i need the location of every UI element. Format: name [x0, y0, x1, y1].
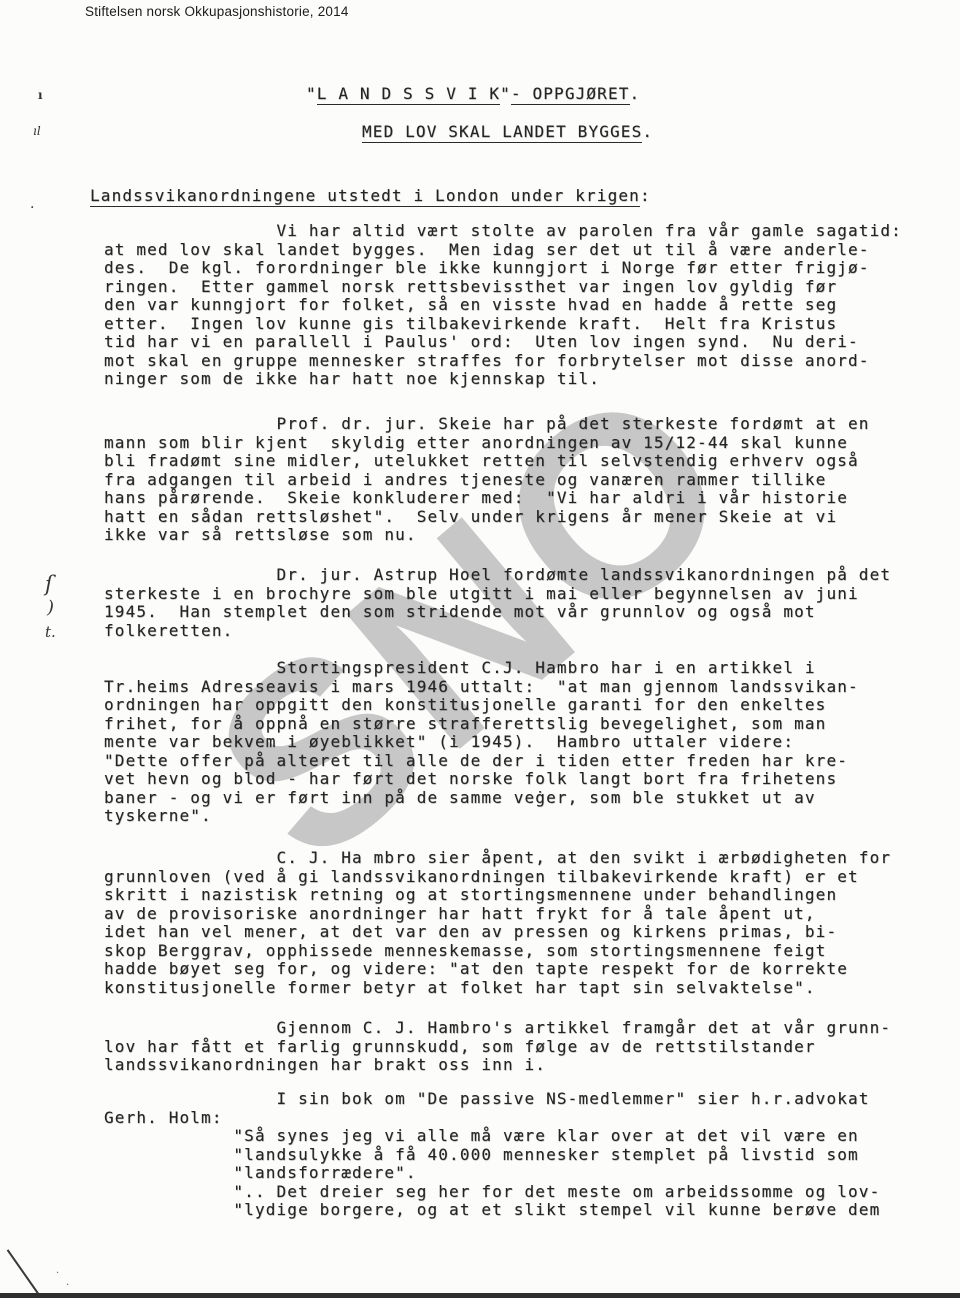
text-line: at med lov skal landet bygges. Men idag …: [104, 240, 902, 259]
paragraph: Stortingspresident C.J. Hambro har i en …: [104, 658, 859, 825]
scanned-document-page: Stiftelsen norsk Okkupasjonshistorie, 20…: [0, 0, 960, 1298]
paragraph: I sin bok om "De passive NS-medlemmer" s…: [104, 1089, 880, 1219]
text-line: Prof. dr. jur. Skeie har på det sterkest…: [104, 414, 870, 433]
text-line: Tr.heims Adresseavis i mars 1946 uttalt:…: [104, 677, 859, 696]
paragraph: Dr. jur. Astrup Hoel fordømte landssvika…: [104, 565, 891, 639]
margin-pen-t-mark: t.: [45, 623, 56, 641]
paragraph: Prof. dr. jur. Skeie har på det sterkest…: [104, 414, 870, 544]
text-line: Vi har altid vært stolte av parolen fra …: [104, 221, 902, 240]
archive-stamp: Stiftelsen norsk Okkupasjonshistorie, 20…: [85, 4, 349, 19]
heading-colon: :: [640, 186, 651, 205]
section-heading: Landssvikanordningene utstedt i London u…: [90, 186, 651, 205]
text-line: "landsforrædere".: [104, 1163, 880, 1182]
text-line: hatt en sådan rettsløshet". Selv under k…: [104, 507, 870, 526]
scan-edge-line: [0, 1293, 960, 1298]
text-line: skop Berggrav, opphissede menneskemasse,…: [104, 941, 891, 960]
text-line: "Dette offer på alteret til alle de der …: [104, 751, 859, 770]
text-line: landssvikanordningen har brakt oss inn i…: [104, 1055, 891, 1074]
title-period: .: [630, 84, 641, 103]
text-line: Dr. jur. Astrup Hoel fordømte landssvika…: [104, 565, 891, 584]
bottom-left-pen-stroke: [7, 1249, 40, 1294]
text-line: Stortingspresident C.J. Hambro har i en …: [104, 658, 859, 677]
paragraph: C. J. Ha mbro sier åpent, at den svikt i…: [104, 848, 891, 996]
text-line: tid har vi en parallell i Paulus' ord: U…: [104, 332, 902, 351]
text-line: Gjennom C. J. Hambro's artikkel framgår …: [104, 1018, 891, 1037]
text-line: frihet, for å oppnå en større strafferet…: [104, 714, 859, 733]
text-line: ordningen har oppgitt den konstitusjonel…: [104, 695, 859, 714]
bottom-pen-speck: ·: [56, 1268, 59, 1279]
text-line: grunnloven (ved å gi landssvikanordninge…: [104, 867, 891, 886]
text-line: skritt i nazistisk retning og at stortin…: [104, 885, 891, 904]
text-line: "Så synes jeg vi alle må være klar over …: [104, 1126, 880, 1145]
text-line: baner - og vi er ført inn på de samme ve…: [104, 788, 859, 807]
text-line: mot skal en gruppe mennesker straffes fo…: [104, 351, 902, 370]
text-line: ikke var så rettsløse som nu.: [104, 525, 870, 544]
text-line: des. De kgl. forordninger ble ikke kunng…: [104, 258, 902, 277]
title-close-quote: ": [500, 84, 511, 103]
paragraph: Vi har altid vært stolte av parolen fra …: [104, 221, 902, 388]
text-line: mente var bekvem i øyeblikket" (i 1945).…: [104, 732, 859, 751]
document-title: "L A N D S S V I K"- OPPGJØRET.: [306, 84, 640, 103]
text-line: ".. Det dreier seg her for det meste om …: [104, 1182, 880, 1201]
bottom-pen-speck: ·: [66, 1280, 69, 1291]
text-line: 1945. Han stemplet den som stridende mot…: [104, 602, 891, 621]
text-line: lov har fått et farlig grunnskudd, som f…: [104, 1037, 891, 1056]
margin-pen-paren: ): [47, 597, 54, 618]
text-line: tyskerne".: [104, 806, 859, 825]
margin-pen-dot: ·: [30, 200, 34, 216]
heading-underlined: Landssvikanordningene utstedt i London u…: [90, 186, 640, 207]
subtitle-period: .: [642, 122, 653, 141]
title-underlined-main: L A N D S S V I K: [317, 84, 500, 105]
text-line: sterkeste i en brochyre som ble utgitt i…: [104, 584, 891, 603]
text-line: bli fradømt sine midler, utelukket rette…: [104, 451, 870, 470]
text-line: idet han vel mener, at det var den av pr…: [104, 922, 891, 941]
text-line: "landsulykke å få 40.000 mennesker stemp…: [104, 1145, 880, 1164]
text-line: av de provisoriske anordninger har hatt …: [104, 904, 891, 923]
text-line: hans pårørende. Skeie konkluderer med: "…: [104, 488, 870, 507]
text-line: vet hevn og blod - har ført det norske f…: [104, 769, 859, 788]
text-line: konstitusjonelle former betyr at folket …: [104, 978, 891, 997]
text-line: ninger som de ikke har hatt noe kjennska…: [104, 369, 902, 388]
text-line: hadde bøyet seg for, og videre: "at den …: [104, 959, 891, 978]
text-line: fra adgangen til arbeid i andres tjenest…: [104, 470, 870, 489]
margin-pen-tick: ıl: [33, 124, 41, 138]
title-open-quote: ": [306, 84, 317, 103]
paragraph: Gjennom C. J. Hambro's artikkel framgår …: [104, 1018, 891, 1074]
text-line: folkeretten.: [104, 621, 891, 640]
margin-pen-curl: ſ: [45, 572, 53, 596]
document-subtitle: MED LOV SKAL LANDET BYGGES.: [362, 122, 653, 141]
text-line: I sin bok om "De passive NS-medlemmer" s…: [104, 1089, 880, 1108]
text-line: mann som blir kjent skyldig etter anordn…: [104, 433, 870, 452]
subtitle-underlined: MED LOV SKAL LANDET BYGGES: [362, 122, 642, 143]
text-line: den var kunngjort for folket, så en viss…: [104, 295, 902, 314]
text-line: C. J. Ha mbro sier åpent, at den svikt i…: [104, 848, 891, 867]
title-underlined-oppgjoret: - OPPGJØRET: [511, 84, 630, 105]
margin-pen-speck: ı: [38, 88, 43, 102]
text-line: ringen. Etter gammel norsk rettsbevissth…: [104, 277, 902, 296]
text-line: Gerh. Holm:: [104, 1108, 880, 1127]
text-line: etter. Ingen lov kunne gis tilbakevirken…: [104, 314, 902, 333]
text-line: "lydige borgere, og at et slikt stempel …: [104, 1200, 880, 1219]
